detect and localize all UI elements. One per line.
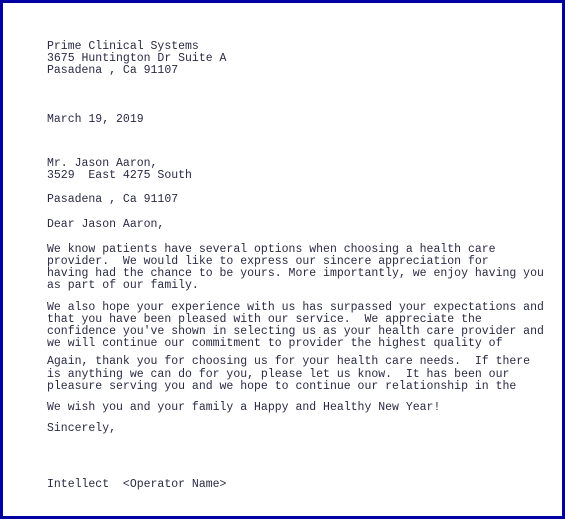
letter-body: Prime Clinical Systems 3675 Huntington D…	[47, 41, 554, 492]
paragraph-experience: We also hope your experience with us has…	[47, 302, 554, 351]
letter-date: March 19, 2019	[47, 114, 554, 126]
signature-line: Intellect <Operator Name>	[47, 479, 554, 491]
salutation: Dear Jason Aaron,	[47, 219, 554, 231]
sender-address: Prime Clinical Systems 3675 Huntington D…	[47, 41, 554, 78]
recipient-address: Mr. Jason Aaron, 3529 East 4275 South Pa…	[47, 158, 554, 207]
paragraph-appreciation: We know patients have several options wh…	[47, 244, 554, 293]
new-year-wish: We wish you and your family a Happy and …	[47, 402, 554, 414]
paragraph-thanks: Again, thank you for choosing us for you…	[47, 356, 554, 393]
letter-page: Prime Clinical Systems 3675 Huntington D…	[0, 0, 565, 519]
closing: Sincerely,	[47, 423, 554, 435]
